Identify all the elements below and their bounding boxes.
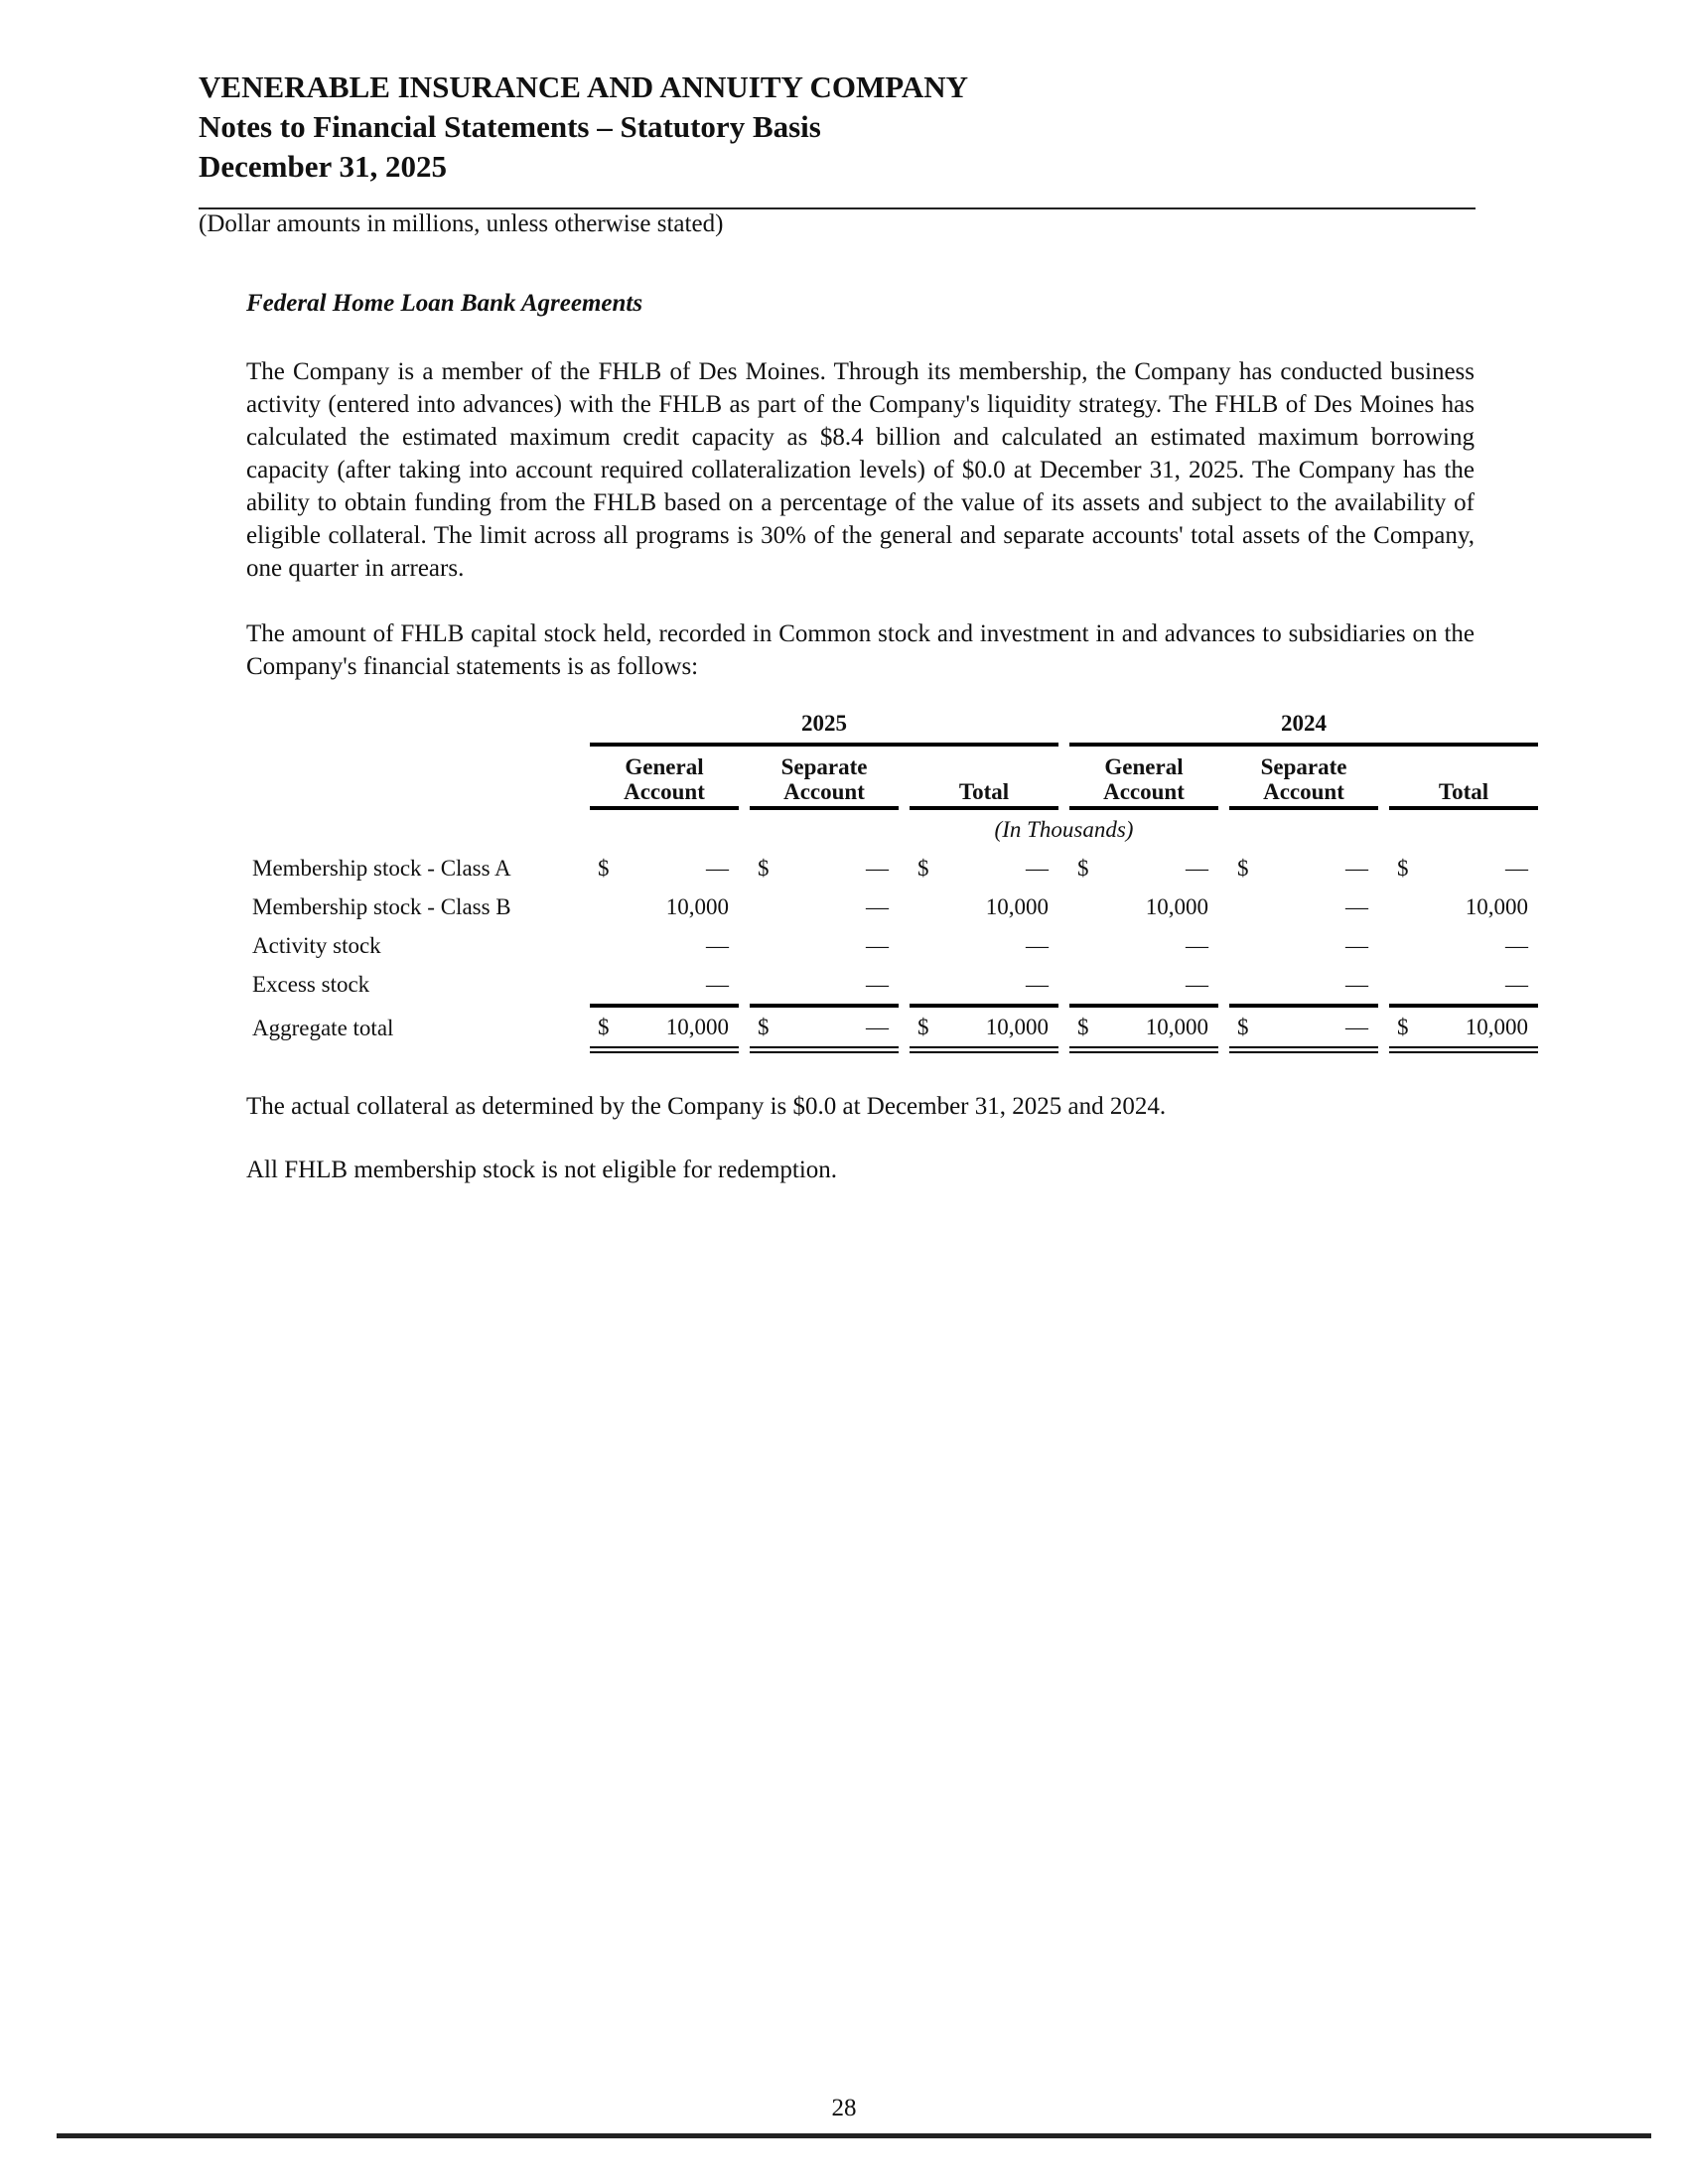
column-gap [899, 747, 910, 810]
column-gap [1218, 849, 1229, 887]
value: 10,000 [1466, 1015, 1528, 1040]
value-wrap: — [1069, 972, 1218, 998]
value-wrap: $— [1389, 856, 1538, 882]
value: — [866, 894, 889, 920]
value-cell: — [590, 965, 739, 1004]
column-header-line1: General [590, 754, 739, 779]
currency-symbol: $ [1077, 856, 1089, 882]
value: 10,000 [666, 1015, 729, 1040]
value: — [1026, 972, 1049, 998]
column-gap [739, 926, 750, 965]
value-cell: — [590, 926, 739, 965]
unit-label: (In Thousands) [590, 810, 1538, 849]
column-header-line1: Separate [1229, 754, 1378, 779]
value: — [1026, 856, 1049, 882]
currency-symbol: $ [758, 1015, 770, 1040]
currency-symbol: $ [1397, 1015, 1409, 1040]
value: 10,000 [986, 894, 1049, 920]
unit-row: (In Thousands) [246, 810, 1538, 849]
footer-divider [57, 2133, 1651, 2138]
value-wrap: 10,000 [1389, 894, 1538, 920]
column-gap [1378, 1004, 1389, 1053]
value-cell: $— [910, 849, 1058, 887]
row-label: Activity stock [246, 926, 590, 965]
document-subtitle: Notes to Financial Statements – Statutor… [199, 111, 821, 142]
year-header: 2024 [1069, 705, 1538, 747]
value: — [706, 856, 729, 882]
value-cell: $— [750, 849, 899, 887]
column-gap [739, 849, 750, 887]
value: — [706, 933, 729, 959]
column-gap [1218, 887, 1229, 926]
value: — [1345, 972, 1368, 998]
amounts-note: (Dollar amounts in millions, unless othe… [199, 210, 723, 238]
column-gap [1218, 926, 1229, 965]
value-wrap: — [750, 972, 899, 998]
column-gap [1058, 887, 1069, 926]
value-wrap: — [1229, 933, 1378, 959]
column-header: SeparateAccount [750, 747, 899, 810]
currency-symbol: $ [598, 856, 610, 882]
section-title: Federal Home Loan Bank Agreements [246, 290, 642, 318]
value-cell: — [1229, 965, 1378, 1004]
value-wrap: $— [1069, 856, 1218, 882]
value-wrap: — [910, 933, 1058, 959]
value-cell: 10,000 [590, 887, 739, 926]
paragraph-redemption: All FHLB membership stock is not eligibl… [246, 1154, 1475, 1186]
value-wrap: $10,000 [1389, 1015, 1538, 1040]
column-gap [1378, 887, 1389, 926]
column-gap [739, 747, 750, 810]
value-wrap: $10,000 [910, 1015, 1058, 1040]
value-wrap: — [1229, 894, 1378, 920]
column-header: Total [910, 747, 1058, 810]
value-cell: 10,000 [1389, 887, 1538, 926]
value-cell: $— [1069, 849, 1218, 887]
currency-symbol: $ [917, 856, 929, 882]
value-cell: $— [1229, 849, 1378, 887]
value-cell: $— [1229, 1004, 1378, 1053]
value-cell: $— [590, 849, 739, 887]
label-cell [246, 747, 590, 810]
value-cell: — [1229, 887, 1378, 926]
column-header: SeparateAccount [1229, 747, 1378, 810]
value: — [1186, 933, 1208, 959]
value-cell: $— [1389, 849, 1538, 887]
table-row: Activity stock—————— [246, 926, 1538, 965]
value-cell: — [750, 965, 899, 1004]
value: — [866, 933, 889, 959]
value-wrap: — [1389, 972, 1538, 998]
column-gap [739, 1004, 750, 1053]
label-cell [246, 705, 590, 747]
value: — [866, 856, 889, 882]
currency-symbol: $ [1397, 856, 1409, 882]
column-gap [1378, 849, 1389, 887]
value: 10,000 [1146, 1015, 1208, 1040]
value-wrap: $— [1229, 856, 1378, 882]
value-wrap: — [590, 972, 739, 998]
column-gap [899, 965, 910, 1004]
column-gap [1058, 926, 1069, 965]
column-header-line2: Account [590, 779, 739, 804]
row-label: Membership stock - Class B [246, 887, 590, 926]
value-wrap: $— [750, 1015, 899, 1040]
value-cell: — [750, 887, 899, 926]
value-wrap: — [590, 933, 739, 959]
value-wrap: $— [750, 856, 899, 882]
column-header-line2: Account [1069, 779, 1218, 804]
currency-symbol: $ [758, 856, 770, 882]
value-wrap: — [910, 972, 1058, 998]
value: — [866, 1015, 889, 1040]
value-wrap: $— [1229, 1015, 1378, 1040]
value: — [1345, 1015, 1368, 1040]
value-wrap: — [1229, 972, 1378, 998]
value: — [1186, 856, 1208, 882]
currency-symbol: $ [598, 1015, 610, 1040]
column-header-line1: Separate [750, 754, 899, 779]
value: — [1345, 856, 1368, 882]
column-header-line2: Account [1229, 779, 1378, 804]
column-gap [1218, 965, 1229, 1004]
value-cell: — [1069, 926, 1218, 965]
statement-date: December 31, 2025 [199, 151, 447, 182]
column-gap [1378, 965, 1389, 1004]
table-row: Excess stock—————— [246, 965, 1538, 1004]
value-cell: 10,000 [910, 887, 1058, 926]
value-wrap: — [750, 933, 899, 959]
value-wrap: — [1389, 933, 1538, 959]
paragraph-capital-stock: The amount of FHLB capital stock held, r… [246, 617, 1475, 683]
value-cell: $— [750, 1004, 899, 1053]
column-gap [1378, 926, 1389, 965]
value-cell: $10,000 [1069, 1004, 1218, 1053]
value: — [866, 972, 889, 998]
value-wrap: 10,000 [910, 894, 1058, 920]
value: — [1505, 972, 1528, 998]
value-cell: — [910, 965, 1058, 1004]
value-cell: $10,000 [590, 1004, 739, 1053]
value: — [1505, 856, 1528, 882]
paragraph-collateral: The actual collateral as determined by t… [246, 1090, 1475, 1123]
column-gap [1058, 1004, 1069, 1053]
column-gap [899, 1004, 910, 1053]
column-gap [1218, 747, 1229, 810]
currency-symbol: $ [1237, 856, 1249, 882]
value: — [706, 972, 729, 998]
row-label: Aggregate total [246, 1004, 590, 1053]
value-wrap: $10,000 [1069, 1015, 1218, 1040]
table-row: Membership stock - Class B10,000—10,0001… [246, 887, 1538, 926]
value-wrap: — [750, 894, 899, 920]
table-row: Membership stock - Class A$—$—$—$—$—$— [246, 849, 1538, 887]
value-cell: — [750, 926, 899, 965]
column-gap [1058, 849, 1069, 887]
column-header-line2: Account [750, 779, 899, 804]
column-gap [1058, 705, 1069, 747]
column-gap [739, 965, 750, 1004]
label-cell [246, 810, 590, 849]
value: 10,000 [1466, 894, 1528, 920]
value-wrap: $— [590, 856, 739, 882]
column-gap [899, 849, 910, 887]
value: — [1345, 894, 1368, 920]
value-cell: — [1389, 965, 1538, 1004]
year-header: 2025 [590, 705, 1058, 747]
value-cell: — [910, 926, 1058, 965]
value: 10,000 [1146, 894, 1208, 920]
value-wrap: $10,000 [590, 1015, 739, 1040]
value-cell: 10,000 [1069, 887, 1218, 926]
company-name: VENERABLE INSURANCE AND ANNUITY COMPANY [199, 71, 968, 102]
column-gap [1378, 747, 1389, 810]
value: 10,000 [666, 894, 729, 920]
page-number: 28 [0, 2095, 1688, 2122]
paragraph-fhlb-membership: The Company is a member of the FHLB of D… [246, 355, 1475, 585]
currency-symbol: $ [917, 1015, 929, 1040]
currency-symbol: $ [1237, 1015, 1249, 1040]
value-wrap: 10,000 [1069, 894, 1218, 920]
fhlb-stock-table: 20252024GeneralAccountSeparateAccountTot… [246, 705, 1538, 1053]
value-wrap: — [1069, 933, 1218, 959]
column-header: GeneralAccount [1069, 747, 1218, 810]
row-label: Membership stock - Class A [246, 849, 590, 887]
column-header: Total [1389, 747, 1538, 810]
column-gap [1058, 965, 1069, 1004]
value-wrap: $— [910, 856, 1058, 882]
value: 10,000 [986, 1015, 1049, 1040]
header-divider [199, 207, 1476, 209]
value-cell: — [1069, 965, 1218, 1004]
value-cell: — [1229, 926, 1378, 965]
value: — [1026, 933, 1049, 959]
column-header: GeneralAccount [590, 747, 739, 810]
value-cell: $10,000 [1389, 1004, 1538, 1053]
column-header-line1: General [1069, 754, 1218, 779]
value-wrap: 10,000 [590, 894, 739, 920]
column-gap [899, 887, 910, 926]
year-header-row: 20252024 [246, 705, 1538, 747]
column-header-line2: Total [1389, 779, 1538, 804]
row-label: Excess stock [246, 965, 590, 1004]
column-gap [899, 926, 910, 965]
currency-symbol: $ [1077, 1015, 1089, 1040]
value: — [1345, 933, 1368, 959]
value: — [1505, 933, 1528, 959]
column-gap [739, 887, 750, 926]
value-cell: — [1389, 926, 1538, 965]
value-cell: $10,000 [910, 1004, 1058, 1053]
column-header-row: GeneralAccountSeparateAccountTotalGenera… [246, 747, 1538, 810]
total-row: Aggregate total$10,000$—$10,000$10,000$—… [246, 1004, 1538, 1053]
column-header-line2: Total [910, 779, 1058, 804]
column-gap [1058, 747, 1069, 810]
column-gap [1218, 1004, 1229, 1053]
value: — [1186, 972, 1208, 998]
